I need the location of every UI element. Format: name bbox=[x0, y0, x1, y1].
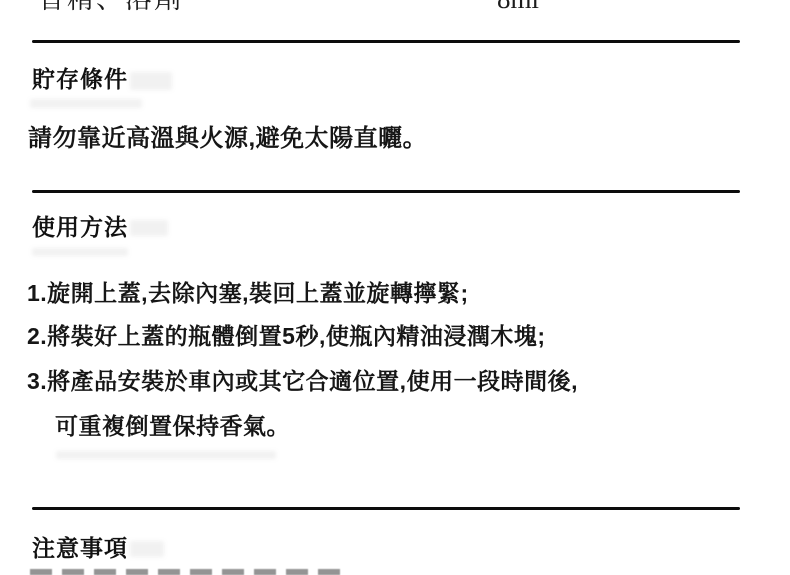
usage-section-heading: 使用方法 bbox=[32, 216, 128, 239]
usage-step-3-continued: 可重複倒置保持香氣。 bbox=[55, 415, 290, 438]
usage-step-1: 1.旋開上蓋,去除內塞,裝回上蓋並旋轉擰緊; bbox=[27, 282, 469, 305]
watermark-ghost bbox=[32, 248, 128, 256]
cutoff-next-line-fragment bbox=[30, 569, 340, 575]
watermark-ghost bbox=[130, 72, 172, 90]
usage-step-3: 3.將產品安裝於車內或其它合適位置,使用一段時間後, bbox=[27, 370, 578, 393]
spec-row-label: 香精、溶劑 bbox=[38, 0, 183, 13]
product-description-page: 香精、溶劑 8ml 貯存條件 請勿靠近高溫與火源,避免太陽直曬。 使用方法 1.… bbox=[0, 0, 790, 575]
usage-step-2: 2.將裝好上蓋的瓶體倒置5秒,使瓶內精油浸潤木塊; bbox=[27, 325, 546, 348]
watermark-ghost bbox=[30, 99, 142, 108]
storage-instruction-text: 請勿靠近高溫與火源,避免太陽直曬。 bbox=[28, 127, 427, 151]
section-divider-top bbox=[32, 40, 740, 43]
watermark-ghost bbox=[56, 451, 276, 459]
spec-row-value: 8ml bbox=[497, 0, 539, 13]
storage-section-heading: 貯存條件 bbox=[32, 68, 128, 91]
section-divider-middle bbox=[32, 190, 740, 193]
section-divider-bottom bbox=[32, 507, 740, 510]
watermark-ghost bbox=[130, 541, 164, 557]
notice-section-heading: 注意事項 bbox=[32, 537, 128, 560]
watermark-ghost bbox=[130, 220, 168, 236]
